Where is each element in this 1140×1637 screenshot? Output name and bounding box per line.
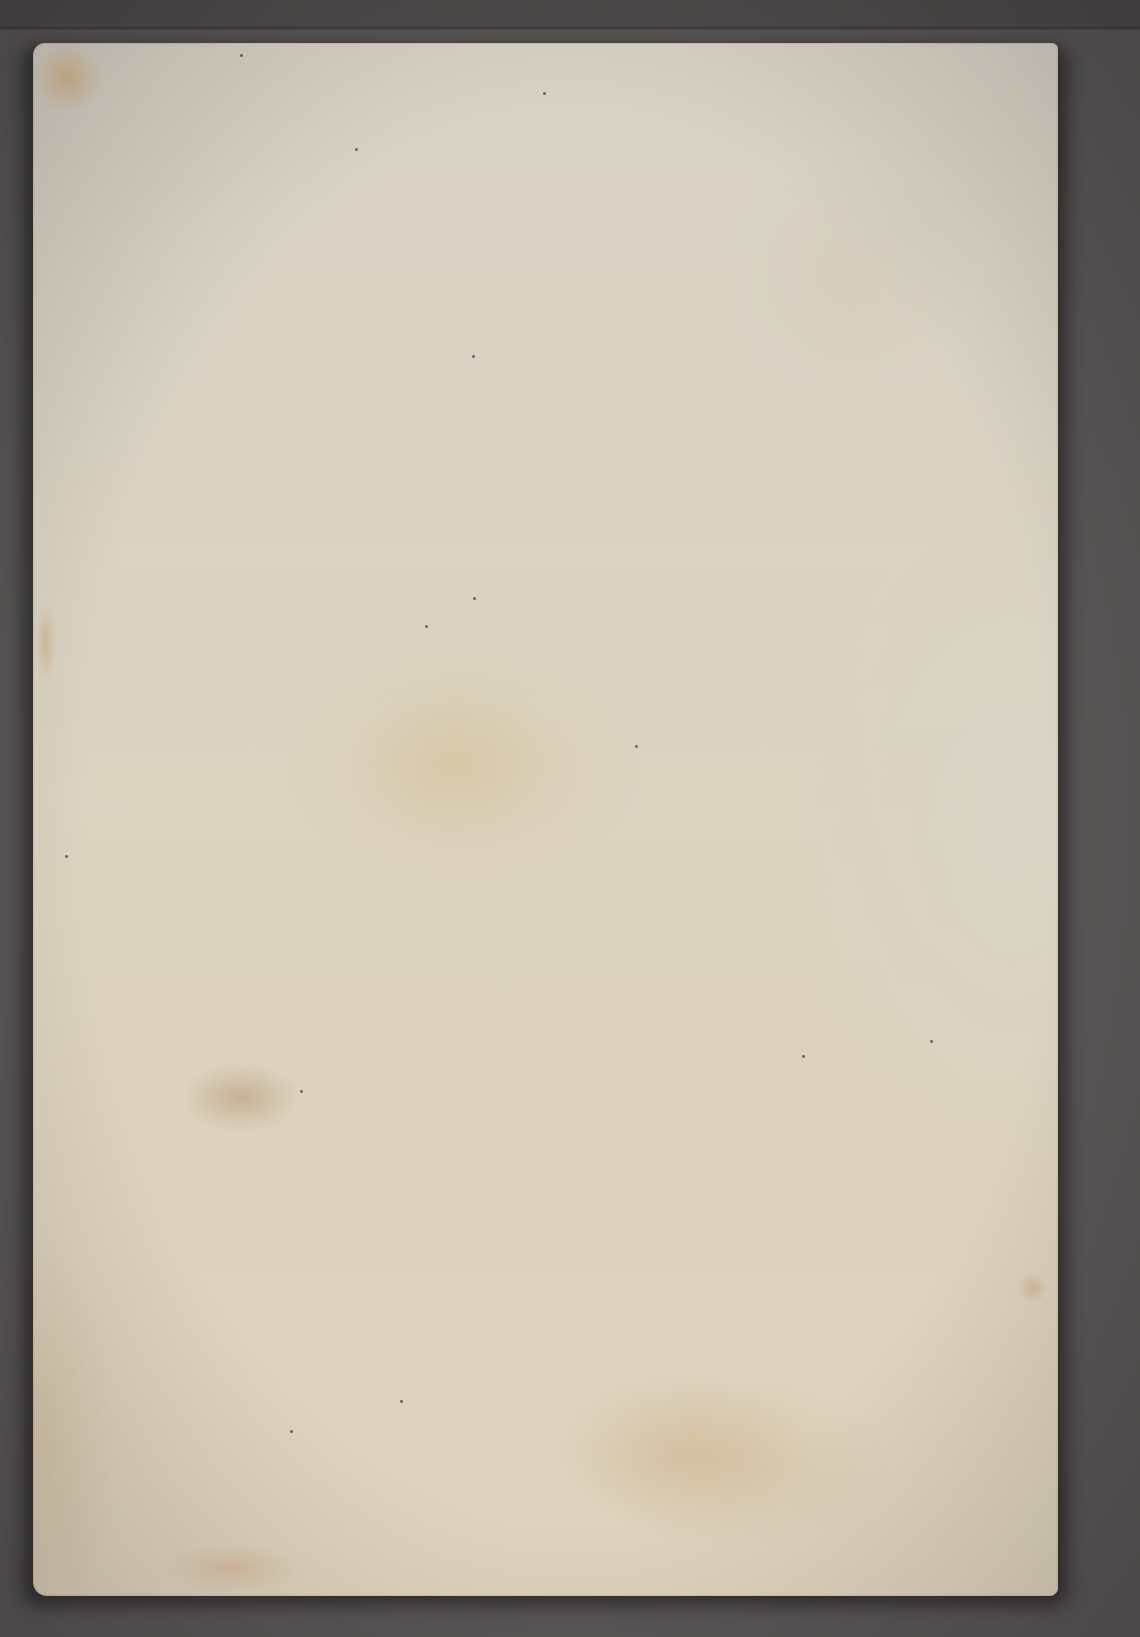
paper-speck	[240, 54, 243, 57]
paper-speck	[473, 597, 476, 600]
left-edge-foxing	[35, 603, 57, 683]
paper-speck	[472, 355, 475, 358]
fingerprint-smudge	[181, 1063, 301, 1133]
right-edge-foxing	[1018, 1273, 1048, 1303]
paper-speck	[635, 745, 638, 748]
paper-speck	[290, 1430, 293, 1433]
paper-speck	[65, 855, 68, 858]
paper-speck	[930, 1040, 933, 1043]
bottom-center-water-stain	[553, 1373, 813, 1533]
paper-speck	[543, 92, 546, 95]
paper-speck	[425, 625, 428, 628]
bottom-left-foxing	[163, 1543, 303, 1593]
aged-paper-card	[33, 43, 1058, 1596]
paper-speck	[400, 1400, 403, 1403]
paper-speck	[355, 148, 358, 151]
paper-speck	[802, 1055, 805, 1058]
top-left-corner-foxing	[33, 43, 103, 113]
paper-speck	[300, 1090, 303, 1093]
center-faint-stain	[353, 683, 553, 843]
